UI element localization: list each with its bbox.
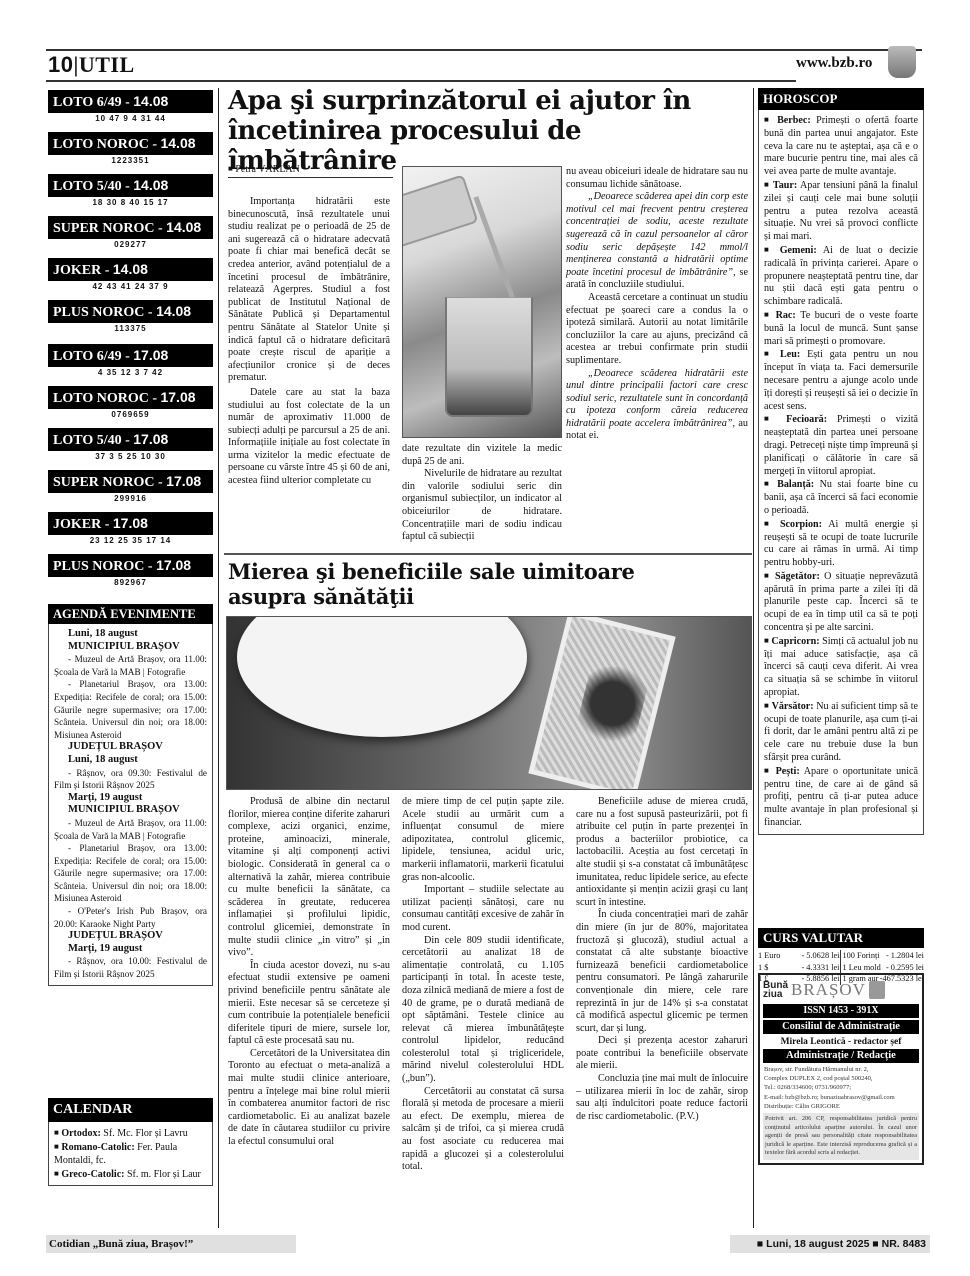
agenda-heading: Luni, 18 august xyxy=(54,628,207,641)
paragraph: date rezultate din vizitele la medic dup… xyxy=(402,443,562,468)
editor-in-chief: Mirela Leontică - redactor șef xyxy=(763,1037,919,1047)
draw-date: 17.08 xyxy=(166,473,201,489)
winning-numbers: 1223351 xyxy=(48,155,213,168)
footer-date-issue: ■ Luni, 18 august 2025 ■ NR. 8483 xyxy=(730,1235,930,1253)
water-glass-photo xyxy=(402,166,562,438)
currency: 1 Leu mold xyxy=(843,962,881,974)
article1-column-3: nu aveau obiceiuri ideale de hidratare s… xyxy=(566,166,748,443)
footer-publication: Cotidian „Bună ziua, Brașov!” xyxy=(46,1235,296,1253)
council-heading: Consiliul de Administrație xyxy=(763,1020,919,1034)
winning-numbers: 4 35 12 3 7 42 xyxy=(48,367,213,380)
draw-date: 17.08 xyxy=(133,347,168,363)
rate: - 4.3331 lei xyxy=(801,962,839,974)
winning-numbers: 892967 xyxy=(48,577,213,590)
draw-date: 14.08 xyxy=(156,303,191,319)
lottery-title: LOTO 5/40 - 14.08 xyxy=(48,174,213,197)
game-name: PLUS NOROC - xyxy=(53,559,156,574)
horoscope-sign: ■ Scorpion: Ai multă energie și reușești… xyxy=(764,518,918,570)
lottery-draw: SUPER NOROC - 14.08029277 xyxy=(48,216,213,252)
paragraph: Beneficiile aduse de mierea crudă, care … xyxy=(576,796,748,909)
winning-numbers: 0769659 xyxy=(48,409,213,422)
calendar-text: Sf. Mc. Flor și Lavru xyxy=(103,1128,187,1139)
quote: „Deoarece scăderea apei din corp este mo… xyxy=(566,191,748,278)
lottery-title: SUPER NOROC - 17.08 xyxy=(48,470,213,493)
lottery-draw: LOTO NOROC - 17.080769659 xyxy=(48,386,213,422)
horoscope-sign: ■ Pești: Apare o oportunitate unică pent… xyxy=(764,765,918,830)
winning-numbers: 299916 xyxy=(48,493,213,506)
page-header: 10|UTIL xyxy=(48,52,135,78)
horoscope-sign: ■ Gemeni: Ai de luat o decizie radicală … xyxy=(764,244,918,309)
agenda-box: AGENDĂ EVENIMENTE Luni, 18 augustMUNICIP… xyxy=(48,604,213,986)
rate-row: 1 Euro- 5.0628 lei xyxy=(758,950,840,962)
bullet-icon: ■ xyxy=(764,701,769,710)
calendar-item: ■ Romano-Catolic: Fer. Paula Montaldi, f… xyxy=(54,1140,207,1167)
sign-name: Scorpion: xyxy=(780,519,822,530)
paragraph: Cercetătorii au constatat că sursa flora… xyxy=(402,1086,564,1174)
currency: 1 $ xyxy=(758,962,768,974)
contact-info: Brașov, str. Fundătura Hărmanului nr. 2,… xyxy=(763,1063,919,1113)
paragraph: Această cercetare a continuat un studiu … xyxy=(566,292,748,368)
bullet-icon: ■ xyxy=(764,414,776,423)
calendar-body: ■ Ortodox: Sf. Mc. Flor și Lavru ■ Roman… xyxy=(48,1122,213,1186)
lottery-title: LOTO NOROC - 17.08 xyxy=(48,386,213,409)
city-crest-icon xyxy=(888,46,916,78)
beekeeper-photo xyxy=(226,616,752,790)
bullet-icon: ■ xyxy=(764,349,773,358)
paragraph: Importanța hidratării este binecunoscută… xyxy=(228,196,390,385)
sign-name: Fecioară: xyxy=(786,414,827,425)
article2-column-1: Produsă de albine din nectarul florilor,… xyxy=(228,796,390,1149)
horoscope-title: HOROSCOP xyxy=(758,88,924,110)
draw-date: 14.08 xyxy=(133,177,168,193)
agenda-event: - Râșnov, ora 09.30: Festivalul de Film … xyxy=(54,767,207,792)
sign-name: Capricorn: xyxy=(771,636,819,647)
lottery-draw: LOTO 5/40 - 17.0837 3 5 25 10 30 xyxy=(48,428,213,464)
quote: „Deoarece scăderea hidratării este unul … xyxy=(566,368,748,429)
draw-date: 17.08 xyxy=(113,515,148,531)
sign-name: Gemeni: xyxy=(780,245,817,256)
winning-numbers: 42 43 41 24 37 9 xyxy=(48,281,213,294)
lottery-draw: PLUS NOROC - 17.08892967 xyxy=(48,554,213,590)
beekeeper-hat-shape xyxy=(237,616,527,737)
article2-headline: Mierea şi beneficiile sale uimitoare asu… xyxy=(228,559,648,609)
header-rule xyxy=(46,80,796,82)
agenda-heading: Marți, 19 august xyxy=(54,792,207,805)
honeycomb-frame-shape xyxy=(528,616,675,790)
game-name: LOTO 6/49 - xyxy=(53,95,133,110)
article2-column-3: Beneficiile aduse de mierea crudă, care … xyxy=(576,796,748,1123)
currency: 100 Forinți xyxy=(843,950,880,962)
sign-name: Berbec: xyxy=(777,115,811,126)
winning-numbers: 23 12 25 35 17 14 xyxy=(48,535,213,548)
paragraph: de miere timp de cel puțin șapte zile. A… xyxy=(402,796,564,884)
rate: - 0.2595 lei xyxy=(886,962,924,974)
article1-column-2: date rezultate din vizitele la medic dup… xyxy=(402,443,562,544)
sign-name: Balanță: xyxy=(777,479,814,490)
game-name: SUPER NOROC - xyxy=(53,475,166,490)
sign-name: Rac: xyxy=(776,310,796,321)
game-name: PLUS NOROC - xyxy=(53,305,156,320)
paragraph: Nivelurile de hidratare au rezultat din … xyxy=(402,468,562,544)
section-name: UTIL xyxy=(79,52,135,77)
agenda-heading: JUDEȚUL BRAȘOV xyxy=(54,930,207,943)
agenda-event: - Râșnov, ora 10.00: Festivalul de Film … xyxy=(54,955,207,980)
lottery-title: JOKER - 17.08 xyxy=(48,512,213,535)
article1-column-1: Importanța hidratării este binecunoscută… xyxy=(228,196,390,488)
calendar-label: Ortodox: xyxy=(61,1128,100,1139)
newspaper-logo: Bunăziua BRAȘOV xyxy=(763,978,919,1002)
website-link[interactable]: www.bzb.ro xyxy=(796,55,872,72)
paragraph: În ciuda acestor dovezi, nu s-au efectua… xyxy=(228,960,390,1048)
paragraph: Din cele 809 studii identificate, cercet… xyxy=(402,935,564,1086)
paragraph: În ciuda concentrației mari de zahăr din… xyxy=(576,909,748,1035)
logo-city: BRAȘOV xyxy=(791,980,866,1000)
calendar-label: Greco-Catolic: xyxy=(61,1169,124,1180)
bullet-icon: ■ xyxy=(764,479,772,488)
exchange-rates-title: CURS VALUTAR xyxy=(758,928,924,948)
article2-column-2: de miere timp de cel puțin șapte zile. A… xyxy=(402,796,564,1174)
game-name: JOKER - xyxy=(53,263,113,278)
agenda-heading: JUDEȚUL BRAȘOV xyxy=(54,741,207,754)
agenda-event: - O'Peter's Irish Pub Brașov, ora 20.00:… xyxy=(54,905,207,930)
bullet-icon: ■ xyxy=(764,519,773,528)
masthead-box: Bunăziua BRAȘOV ISSN 1453 - 391X Consili… xyxy=(758,973,924,1165)
game-name: LOTO NOROC - xyxy=(53,137,160,152)
glass-shape xyxy=(445,297,533,417)
bullet-icon: ■ xyxy=(764,115,772,124)
admin-heading: Administrație / Redacție xyxy=(763,1049,919,1063)
paragraph: Produsă de albine din nectarul florilor,… xyxy=(228,796,390,960)
calendar-text: Sf. m. Flor și Laur xyxy=(127,1169,201,1180)
paragraph: Concluzia ține mai mult de înlocuire – u… xyxy=(576,1073,748,1123)
horoscope-sign: ■ Săgetător: O situație neprevăzută apăr… xyxy=(764,570,918,635)
winning-numbers: 37 3 5 25 10 30 xyxy=(48,451,213,464)
bullet-icon: ■ xyxy=(764,245,773,254)
game-name: LOTO 5/40 - xyxy=(53,433,133,448)
column-separator xyxy=(753,88,754,1228)
agenda-heading: MUNICIPIUL BRAȘOV xyxy=(54,804,207,817)
sign-name: Săgetător: xyxy=(775,571,820,582)
rate-row: 1 Leu mold- 0.2595 lei xyxy=(843,962,925,974)
calendar-title: CALENDAR xyxy=(48,1098,213,1122)
lottery-title: SUPER NOROC - 14.08 xyxy=(48,216,213,239)
article1-byline: ■ Petra VÂRLAN xyxy=(228,164,393,178)
game-name: LOTO NOROC - xyxy=(53,391,160,406)
currency: 1 Euro xyxy=(758,950,780,962)
lottery-draw: JOKER - 14.0842 43 41 24 37 9 xyxy=(48,258,213,294)
sign-name: Pești: xyxy=(776,766,800,777)
horoscope-sign: ■ Capricorn: Simți că actualul job nu îț… xyxy=(764,635,918,700)
logo-line: ziua xyxy=(763,990,788,999)
draw-date: 14.08 xyxy=(166,219,201,235)
distribution: Distribuție: Călin GRIGORE xyxy=(764,1102,918,1111)
bullet-icon: ■ xyxy=(764,636,769,645)
bullet-icon: ■ xyxy=(764,571,771,580)
agenda-body: Luni, 18 augustMUNICIPIUL BRAȘOV- Muzeul… xyxy=(48,624,213,986)
draw-date: 17.08 xyxy=(133,431,168,447)
game-name: LOTO 6/49 - xyxy=(53,349,133,364)
agenda-event: - Muzeul de Artă Brașov, ora 11.00: Școa… xyxy=(54,817,207,842)
agenda-title: AGENDĂ EVENIMENTE xyxy=(48,604,213,624)
sign-name: Taur: xyxy=(773,180,797,191)
paragraph: Important – studiile selectate au utiliz… xyxy=(402,884,564,934)
address-line2: Complex DUPLEX 2, cod poștal 500240, xyxy=(764,1074,918,1083)
horoscope-sign: ■ Fecioară: Primești o vizită neașteptat… xyxy=(764,413,918,478)
rate-row: 1 $- 4.3331 lei xyxy=(758,962,840,974)
logo-wordmark: Bunăziua xyxy=(763,981,788,999)
paragraph: Cercetători de la Universitatea din Toro… xyxy=(228,1048,390,1149)
game-name: SUPER NOROC - xyxy=(53,221,166,236)
calendar-label: Romano-Catolic: xyxy=(61,1142,134,1153)
horoscope-body: ■ Berbec: Primești o ofertă foarte bună … xyxy=(758,110,924,835)
agenda-event: - Muzeul de Artă Brașov, ora 11.00: Școa… xyxy=(54,653,207,678)
calendar-box: CALENDAR ■ Ortodox: Sf. Mc. Flor și Lavr… xyxy=(48,1098,213,1186)
page-number: 10 xyxy=(48,52,73,77)
winning-numbers: 18 30 8 40 15 17 xyxy=(48,197,213,210)
article1-headline: Apa şi surprinzătorul ei ajutor în încet… xyxy=(228,86,748,176)
lottery-title: LOTO NOROC - 14.08 xyxy=(48,132,213,155)
calendar-item: ■ Greco-Catolic: Sf. m. Flor și Laur xyxy=(54,1167,207,1181)
bullet-icon: ■ xyxy=(764,310,771,319)
horoscope-sign: ■ Vărsător: Nu ai suficient timp să te o… xyxy=(764,700,918,765)
article-divider xyxy=(224,553,752,555)
lottery-draw: LOTO 5/40 - 14.0818 30 8 40 15 17 xyxy=(48,174,213,210)
draw-date: 17.08 xyxy=(156,557,191,573)
phone: Tel.: 0268/334600; 0731/960977; xyxy=(764,1083,918,1092)
draw-date: 14.08 xyxy=(160,135,195,151)
paragraph: Datele care au stat la baza studiului au… xyxy=(228,387,390,488)
horoscope-box: HOROSCOP ■ Berbec: Primești o ofertă foa… xyxy=(758,88,924,835)
rate: - 5.0628 lei xyxy=(801,950,839,962)
paragraph: nu aveau obiceiuri ideale de hidratare s… xyxy=(566,166,748,191)
column-separator xyxy=(218,88,219,1228)
paragraph: Deci și prezența acestor zaharuri poate … xyxy=(576,1035,748,1073)
horoscope-sign: ■ Rac: Te bucuri de o veste foarte bună … xyxy=(764,309,918,348)
lottery-draw: SUPER NOROC - 17.08299916 xyxy=(48,470,213,506)
header-top-rule xyxy=(46,49,922,51)
sign-name: Vărsător: xyxy=(772,701,814,712)
lottery-title: LOTO 6/49 - 17.08 xyxy=(48,344,213,367)
draw-date: 14.08 xyxy=(113,261,148,277)
agenda-heading: Luni, 18 august xyxy=(54,754,207,767)
rate-row: 100 Forinți- 1.2804 lei xyxy=(843,950,925,962)
email-link[interactable]: E-mail: bzb@bzb.ro; bunaziuabrasov@gmail… xyxy=(764,1093,918,1102)
address: Brașov, str. Fundătura Hărmanului nr. 2, xyxy=(764,1065,918,1074)
horoscope-sign: ■ Taur: Apar tensiuni până la finalul zi… xyxy=(764,179,918,244)
bees-shape xyxy=(573,653,653,755)
horoscope-sign: ■ Balanță: Nu stai foarte bine cu banii,… xyxy=(764,478,918,517)
sign-name: Leu: xyxy=(780,349,800,360)
lottery-title: JOKER - 14.08 xyxy=(48,258,213,281)
bullet-icon: ■ xyxy=(764,180,770,189)
game-name: JOKER - xyxy=(53,517,113,532)
draw-date: 17.08 xyxy=(160,389,195,405)
agenda-event: - Planetariul Brașov, ora 13.00: Expediț… xyxy=(54,842,207,905)
author-name: Petra VÂRLAN xyxy=(235,164,300,175)
horoscope-sign: ■ Berbec: Primești o ofertă foarte bună … xyxy=(764,114,918,179)
lottery-title: LOTO 5/40 - 17.08 xyxy=(48,428,213,451)
crest-icon xyxy=(869,981,885,999)
bullet-icon: ■ xyxy=(764,766,771,775)
calendar-item: ■ Ortodox: Sf. Mc. Flor și Lavru xyxy=(54,1126,207,1140)
agenda-event: - Planetariul Brașov, ora 13.00: Expediț… xyxy=(54,678,207,741)
lottery-title: PLUS NOROC - 14.08 xyxy=(48,300,213,323)
winning-numbers: 029277 xyxy=(48,239,213,252)
draw-date: 14.08 xyxy=(133,93,168,109)
lottery-draw: LOTO 6/49 - 14.0810 47 9 4 31 44 xyxy=(48,90,213,126)
rate: - 1.2804 lei xyxy=(886,950,924,962)
game-name: LOTO 5/40 - xyxy=(53,179,133,194)
lottery-draw: LOTO NOROC - 14.081223351 xyxy=(48,132,213,168)
lottery-title: PLUS NOROC - 17.08 xyxy=(48,554,213,577)
lottery-draw: JOKER - 17.0823 12 25 35 17 14 xyxy=(48,512,213,548)
issn: ISSN 1453 - 391X xyxy=(763,1004,919,1018)
agenda-heading: MUNICIPIUL BRAȘOV xyxy=(54,641,207,654)
lottery-draw: LOTO 6/49 - 17.084 35 12 3 7 42 xyxy=(48,344,213,380)
horoscope-sign: ■ Leu: Ești gata pentru un nou început î… xyxy=(764,348,918,413)
lottery-title: LOTO 6/49 - 14.08 xyxy=(48,90,213,113)
lottery-draw: PLUS NOROC - 14.08113375 xyxy=(48,300,213,336)
winning-numbers: 113375 xyxy=(48,323,213,336)
agenda-heading: Marți, 19 august xyxy=(54,943,207,956)
winning-numbers: 10 47 9 4 31 44 xyxy=(48,113,213,126)
legal-notice: Potrivit art. 206 CP, responsabilitatea … xyxy=(763,1113,919,1160)
